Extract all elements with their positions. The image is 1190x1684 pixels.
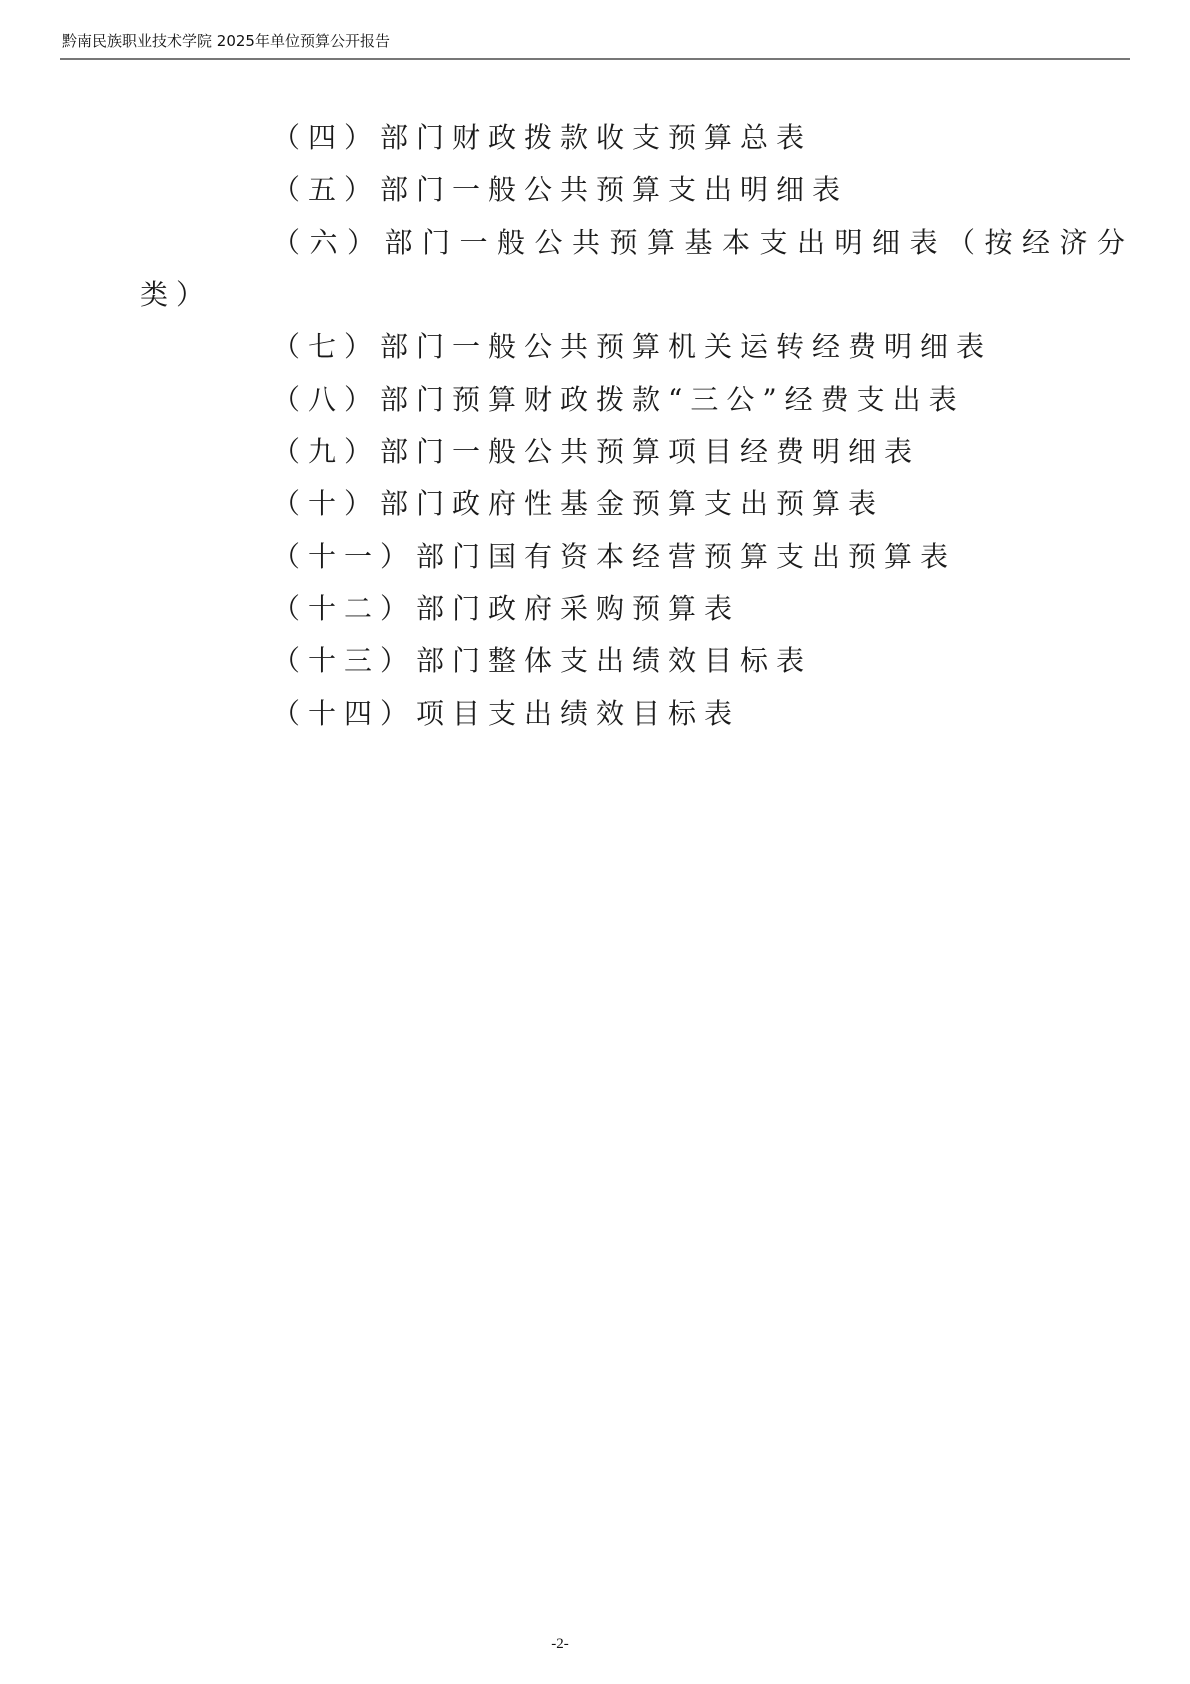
- toc-item: （十三）部门整体支出绩效目标表: [272, 647, 812, 675]
- page-number-container: -2-: [0, 1636, 1190, 1653]
- toc-item: （十二）部门政府采购预算表: [272, 595, 740, 623]
- toc-item: （六）部门一般公共预算基本支出明细表（按经济分: [272, 229, 1135, 257]
- toc-item: （七）部门一般公共预算机关运转经费明细表: [272, 333, 992, 361]
- running-header: 黔南民族职业技术学院 2025年单位预算公开报告: [62, 30, 390, 51]
- toc-item: （十）部门政府性基金预算支出预算表: [272, 490, 884, 518]
- toc-item: （十四）项目支出绩效目标表: [272, 700, 740, 728]
- toc-item: （四）部门财政拨款收支预算总表: [272, 124, 812, 152]
- toc-item: （九）部门一般公共预算项目经费明细表: [272, 438, 920, 466]
- toc-item: （五）部门一般公共预算支出明细表: [272, 176, 848, 204]
- header-divider: [60, 58, 1130, 60]
- page-number: -2-: [551, 1636, 569, 1652]
- toc-item-continuation: 类）: [140, 281, 212, 309]
- toc-item: （十一）部门国有资本经营预算支出预算表: [272, 543, 956, 571]
- toc-item: （八）部门预算财政拨款“三公”经费支出表: [272, 386, 965, 414]
